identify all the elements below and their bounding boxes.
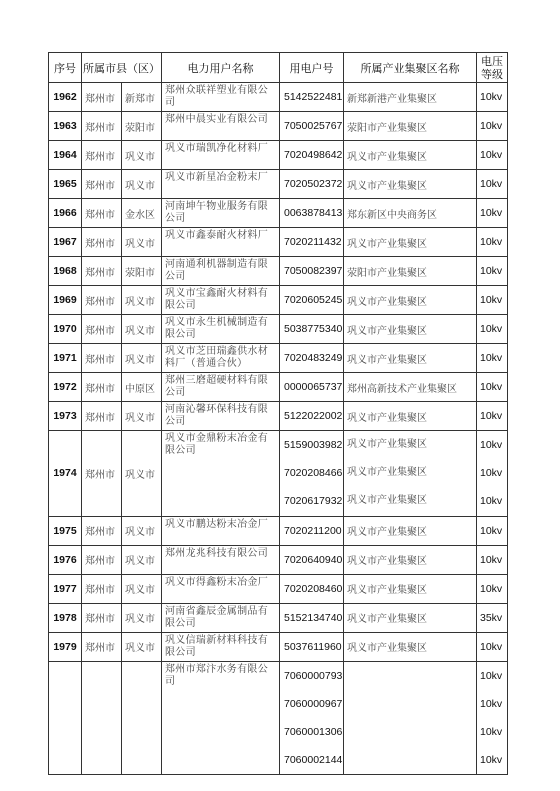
- city-cell: 郑州市: [82, 344, 122, 373]
- county-cell: 荥阳市: [122, 112, 162, 141]
- account-number-cell: 0000065737: [280, 373, 344, 402]
- table-row: 1967郑州市巩义市巩义市鑫泰耐火材料厂7020211432巩义市产业集聚区10…: [49, 228, 508, 257]
- account-number-cell-stack: 515900398270202084667020617932: [284, 431, 343, 516]
- voltage-cell: 35kv: [477, 603, 508, 632]
- county-cell: [122, 661, 162, 774]
- account-number-cell: 7020208460: [280, 574, 344, 603]
- city-cell: 郑州市: [82, 315, 122, 344]
- county-cell: 巩义市: [122, 228, 162, 257]
- city-cell: 郑州市: [82, 632, 122, 661]
- account-number-cell: 7050082397: [280, 257, 344, 286]
- voltage-cell: 10kv: [477, 344, 508, 373]
- header-account-number: 用电户号: [280, 53, 344, 83]
- table-row: 1977郑州市巩义市巩义市得鑫粉末冶金厂7020208460巩义市产业集聚区10…: [49, 574, 508, 603]
- cluster-name-cell-item: 巩义市产业集聚区: [347, 432, 476, 458]
- account-number-cell: 5037611960: [280, 632, 344, 661]
- customer-name-cell: 巩义市永生机械制造有限公司: [162, 315, 280, 344]
- city-cell: 郑州市: [82, 199, 122, 228]
- county-cell: 巩义市: [122, 315, 162, 344]
- account-number-cell: 7020211200: [280, 516, 344, 545]
- city-cell: 郑州市: [82, 373, 122, 402]
- cluster-name-cell-item: 巩义市产业集聚区: [347, 488, 476, 514]
- customer-name-cell: 郑州众联祥塑业有限公司: [162, 83, 280, 112]
- voltage-cell-item: 10kv: [480, 747, 507, 773]
- table-row: 1973郑州市巩义市河南沁馨环保科技有限公司5122022002巩义市产业集聚区…: [49, 402, 508, 431]
- seq-cell: 1965: [49, 170, 82, 199]
- account-number-cell: 7020483249: [280, 344, 344, 373]
- customer-name-cell: 巩义市新星冶金粉末厂: [162, 170, 280, 199]
- table-row: 1969郑州市巩义市巩义市宝鑫耐火材料有限公司7020605245巩义市产业集聚…: [49, 286, 508, 315]
- city-cell: [82, 661, 122, 774]
- voltage-cell: 10kv: [477, 83, 508, 112]
- header-seq: 序号: [49, 53, 82, 83]
- account-number-cell-item: 7020617932: [284, 488, 343, 514]
- account-number-cell: 7050025767: [280, 112, 344, 141]
- seq-cell: 1973: [49, 402, 82, 431]
- county-cell: 巩义市: [122, 170, 162, 199]
- cluster-name-cell-item: [347, 663, 476, 689]
- county-cell: 巩义市: [122, 402, 162, 431]
- account-number-cell: 7020498642: [280, 141, 344, 170]
- cluster-name-cell: 荥阳市产业集聚区: [344, 257, 477, 286]
- cluster-name-cell-stack: [347, 662, 476, 774]
- customer-name-cell: 巩义市芝田瑞鑫供水材料厂（普通合伙）: [162, 344, 280, 373]
- cluster-name-cell: [344, 661, 477, 774]
- cluster-name-cell: 巩义市产业集聚区: [344, 632, 477, 661]
- cluster-name-cell: 巩义市产业集聚区: [344, 344, 477, 373]
- cluster-name-cell: 巩义市产业集聚区: [344, 315, 477, 344]
- cluster-name-cell-item: [347, 691, 476, 717]
- table-row: 1962郑州市新郑市郑州众联祥塑业有限公司5142522481新郑新港产业集聚区…: [49, 83, 508, 112]
- cluster-name-cell: 巩义市产业集聚区: [344, 574, 477, 603]
- city-cell: 郑州市: [82, 112, 122, 141]
- seq-cell: [49, 661, 82, 774]
- table-row: 1965郑州市巩义市巩义市新星冶金粉末厂7020502372巩义市产业集聚区10…: [49, 170, 508, 199]
- cluster-name-cell-item: [347, 719, 476, 745]
- seq-cell: 1975: [49, 516, 82, 545]
- city-cell: 郑州市: [82, 603, 122, 632]
- city-cell: 郑州市: [82, 257, 122, 286]
- cluster-name-cell: 巩义市产业集聚区: [344, 228, 477, 257]
- voltage-cell: 10kv: [477, 574, 508, 603]
- table-row: 1963郑州市荥阳市郑州中晨实业有限公司7050025767荥阳市产业集聚区10…: [49, 112, 508, 141]
- table-body: 1962郑州市新郑市郑州众联祥塑业有限公司5142522481新郑新港产业集聚区…: [49, 83, 508, 775]
- header-district: 所属市县（区）: [82, 53, 162, 83]
- city-cell: 郑州市: [82, 170, 122, 199]
- account-number-cell-item: 7060001306: [284, 719, 343, 745]
- voltage-cell: 10kv10kv10kv10kv: [477, 661, 508, 774]
- cluster-name-cell: 巩义市产业集聚区: [344, 516, 477, 545]
- account-number-cell-item: 7060000967: [284, 691, 343, 717]
- voltage-cell-stack: 10kv10kv10kv: [480, 431, 507, 516]
- voltage-cell: 10kv10kv10kv: [477, 431, 508, 517]
- account-number-cell: 0063878413: [280, 199, 344, 228]
- customer-name-cell: 河南通利机器制造有限公司: [162, 257, 280, 286]
- customer-name-cell: 巩义市金鼎粉末冶金有限公司: [162, 431, 280, 517]
- voltage-cell: 10kv: [477, 315, 508, 344]
- cluster-name-cell: 巩义市产业集聚区: [344, 402, 477, 431]
- customer-name-cell: 郑州龙兆科技有限公司: [162, 545, 280, 574]
- county-cell: 巩义市: [122, 545, 162, 574]
- voltage-cell-stack: 10kv10kv10kv10kv: [480, 662, 507, 774]
- voltage-cell: 10kv: [477, 141, 508, 170]
- seq-cell: 1968: [49, 257, 82, 286]
- customer-name-cell: 河南省鑫辰金属制品有限公司: [162, 603, 280, 632]
- cluster-name-cell: 巩义市产业集聚区: [344, 545, 477, 574]
- county-cell: 新郑市: [122, 83, 162, 112]
- seq-cell: 1971: [49, 344, 82, 373]
- city-cell: 郑州市: [82, 431, 122, 517]
- voltage-cell: 10kv: [477, 112, 508, 141]
- county-cell: 巩义市: [122, 574, 162, 603]
- account-number-cell: 7060000793706000096770600013067060002144: [280, 661, 344, 774]
- account-number-cell: 7020211432: [280, 228, 344, 257]
- voltage-cell: 10kv: [477, 170, 508, 199]
- seq-cell: 1978: [49, 603, 82, 632]
- power-user-table: 序号 所属市县（区） 电力用户名称 用电户号 所属产业集聚区名称 电压 等级 1…: [48, 52, 508, 775]
- seq-cell: 1962: [49, 83, 82, 112]
- cluster-name-cell: 郑州高新技术产业集聚区: [344, 373, 477, 402]
- city-cell: 郑州市: [82, 516, 122, 545]
- account-number-cell: 5038775340: [280, 315, 344, 344]
- city-cell: 郑州市: [82, 141, 122, 170]
- seq-cell: 1979: [49, 632, 82, 661]
- seq-cell: 1963: [49, 112, 82, 141]
- city-cell: 郑州市: [82, 286, 122, 315]
- header-voltage-line1: 电压: [477, 55, 507, 68]
- seq-cell: 1969: [49, 286, 82, 315]
- table-row: 1966郑州市金水区河南坤午物业服务有限公司0063878413郑东新区中央商务…: [49, 199, 508, 228]
- cluster-name-cell: 巩义市产业集聚区巩义市产业集聚区巩义市产业集聚区: [344, 431, 477, 517]
- voltage-cell-item: 10kv: [480, 460, 507, 486]
- county-cell: 荥阳市: [122, 257, 162, 286]
- account-number-cell-item: 7020208466: [284, 460, 343, 486]
- customer-name-cell: 河南沁馨环保科技有限公司: [162, 402, 280, 431]
- voltage-cell: 10kv: [477, 228, 508, 257]
- cluster-name-cell: 巩义市产业集聚区: [344, 286, 477, 315]
- table-row: 1964郑州市巩义市巩义市瑞凯净化材料厂7020498642巩义市产业集聚区10…: [49, 141, 508, 170]
- city-cell: 郑州市: [82, 228, 122, 257]
- table-row: 1968郑州市荥阳市河南通利机器制造有限公司7050082397荥阳市产业集聚区…: [49, 257, 508, 286]
- customer-name-cell: 河南坤午物业服务有限公司: [162, 199, 280, 228]
- county-cell: 巩义市: [122, 344, 162, 373]
- voltage-cell-item: 10kv: [480, 663, 507, 689]
- cluster-name-cell: 荥阳市产业集聚区: [344, 112, 477, 141]
- seq-cell: 1970: [49, 315, 82, 344]
- account-number-cell-item: 7060002144: [284, 747, 343, 773]
- table-row: 1974郑州市巩义市巩义市金鼎粉末冶金有限公司51590039827020208…: [49, 431, 508, 517]
- seq-cell: 1967: [49, 228, 82, 257]
- table-row: 1976郑州市巩义市郑州龙兆科技有限公司7020640940巩义市产业集聚区10…: [49, 545, 508, 574]
- customer-name-cell: 郑州三磨超硬材料有限公司: [162, 373, 280, 402]
- customer-name-cell: 郑州市郑汴水务有限公司: [162, 661, 280, 774]
- account-number-cell-item: 5159003982: [284, 432, 343, 458]
- city-cell: 郑州市: [82, 402, 122, 431]
- seq-cell: 1972: [49, 373, 82, 402]
- seq-cell: 1977: [49, 574, 82, 603]
- voltage-cell-item: 10kv: [480, 719, 507, 745]
- voltage-cell: 10kv: [477, 545, 508, 574]
- voltage-cell-item: 10kv: [480, 488, 507, 514]
- account-number-cell: 5122022002: [280, 402, 344, 431]
- customer-name-cell: 巩义市得鑫粉末冶金厂: [162, 574, 280, 603]
- voltage-cell: 10kv: [477, 257, 508, 286]
- city-cell: 郑州市: [82, 574, 122, 603]
- county-cell: 巩义市: [122, 286, 162, 315]
- cluster-name-cell: 巩义市产业集聚区: [344, 141, 477, 170]
- table-row: 1970郑州市巩义市巩义市永生机械制造有限公司5038775340巩义市产业集聚…: [49, 315, 508, 344]
- voltage-cell: 10kv: [477, 402, 508, 431]
- account-number-cell-item: 7060000793: [284, 663, 343, 689]
- county-cell: 巩义市: [122, 141, 162, 170]
- table-row: 郑州市郑汴水务有限公司70600007937060000967706000130…: [49, 661, 508, 774]
- county-cell: 中原区: [122, 373, 162, 402]
- account-number-cell: 5142522481: [280, 83, 344, 112]
- customer-name-cell: 巩义市鑫泰耐火材料厂: [162, 228, 280, 257]
- cluster-name-cell-item: [347, 747, 476, 773]
- voltage-cell-item: 10kv: [480, 691, 507, 717]
- customer-name-cell: 巩义信瑞新材料科技有限公司: [162, 632, 280, 661]
- cluster-name-cell-stack: 巩义市产业集聚区巩义市产业集聚区巩义市产业集聚区: [347, 431, 476, 516]
- account-number-cell: 515900398270202084667020617932: [280, 431, 344, 517]
- voltage-cell: 10kv: [477, 632, 508, 661]
- header-voltage: 电压 等级: [477, 53, 508, 83]
- county-cell: 巩义市: [122, 603, 162, 632]
- cluster-name-cell: 郑东新区中央商务区: [344, 199, 477, 228]
- table-row: 1979郑州市巩义市巩义信瑞新材料科技有限公司5037611960巩义市产业集聚…: [49, 632, 508, 661]
- table-row: 1978郑州市巩义市河南省鑫辰金属制品有限公司5152134740巩义市产业集聚…: [49, 603, 508, 632]
- account-number-cell: 7020605245: [280, 286, 344, 315]
- county-cell: 巩义市: [122, 431, 162, 517]
- voltage-cell: 10kv: [477, 199, 508, 228]
- header-voltage-line2: 等级: [477, 68, 507, 81]
- customer-name-cell: 巩义市宝鑫耐火材料有限公司: [162, 286, 280, 315]
- customer-name-cell: 巩义市鹏达粉末冶金厂: [162, 516, 280, 545]
- seq-cell: 1976: [49, 545, 82, 574]
- customer-name-cell: 郑州中晨实业有限公司: [162, 112, 280, 141]
- header-customer-name: 电力用户名称: [162, 53, 280, 83]
- cluster-name-cell: 巩义市产业集聚区: [344, 170, 477, 199]
- account-number-cell: 5152134740: [280, 603, 344, 632]
- county-cell: 金水区: [122, 199, 162, 228]
- cluster-name-cell-item: 巩义市产业集聚区: [347, 460, 476, 486]
- county-cell: 巩义市: [122, 516, 162, 545]
- header-cluster-name: 所属产业集聚区名称: [344, 53, 477, 83]
- table-row: 1975郑州市巩义市巩义市鹏达粉末冶金厂7020211200巩义市产业集聚区10…: [49, 516, 508, 545]
- voltage-cell: 10kv: [477, 286, 508, 315]
- account-number-cell: 7020502372: [280, 170, 344, 199]
- cluster-name-cell: 新郑新港产业集聚区: [344, 83, 477, 112]
- table-row: 1971郑州市巩义市巩义市芝田瑞鑫供水材料厂（普通合伙）7020483249巩义…: [49, 344, 508, 373]
- voltage-cell-item: 10kv: [480, 432, 507, 458]
- voltage-cell: 10kv: [477, 373, 508, 402]
- cluster-name-cell: 巩义市产业集聚区: [344, 603, 477, 632]
- seq-cell: 1964: [49, 141, 82, 170]
- county-cell: 巩义市: [122, 632, 162, 661]
- seq-cell: 1974: [49, 431, 82, 517]
- voltage-cell: 10kv: [477, 516, 508, 545]
- customer-name-cell: 巩义市瑞凯净化材料厂: [162, 141, 280, 170]
- seq-cell: 1966: [49, 199, 82, 228]
- city-cell: 郑州市: [82, 545, 122, 574]
- table-row: 1972郑州市中原区郑州三磨超硬材料有限公司0000065737郑州高新技术产业…: [49, 373, 508, 402]
- header-row: 序号 所属市县（区） 电力用户名称 用电户号 所属产业集聚区名称 电压 等级: [49, 53, 508, 83]
- account-number-cell-stack: 7060000793706000096770600013067060002144: [284, 662, 343, 774]
- city-cell: 郑州市: [82, 83, 122, 112]
- account-number-cell: 7020640940: [280, 545, 344, 574]
